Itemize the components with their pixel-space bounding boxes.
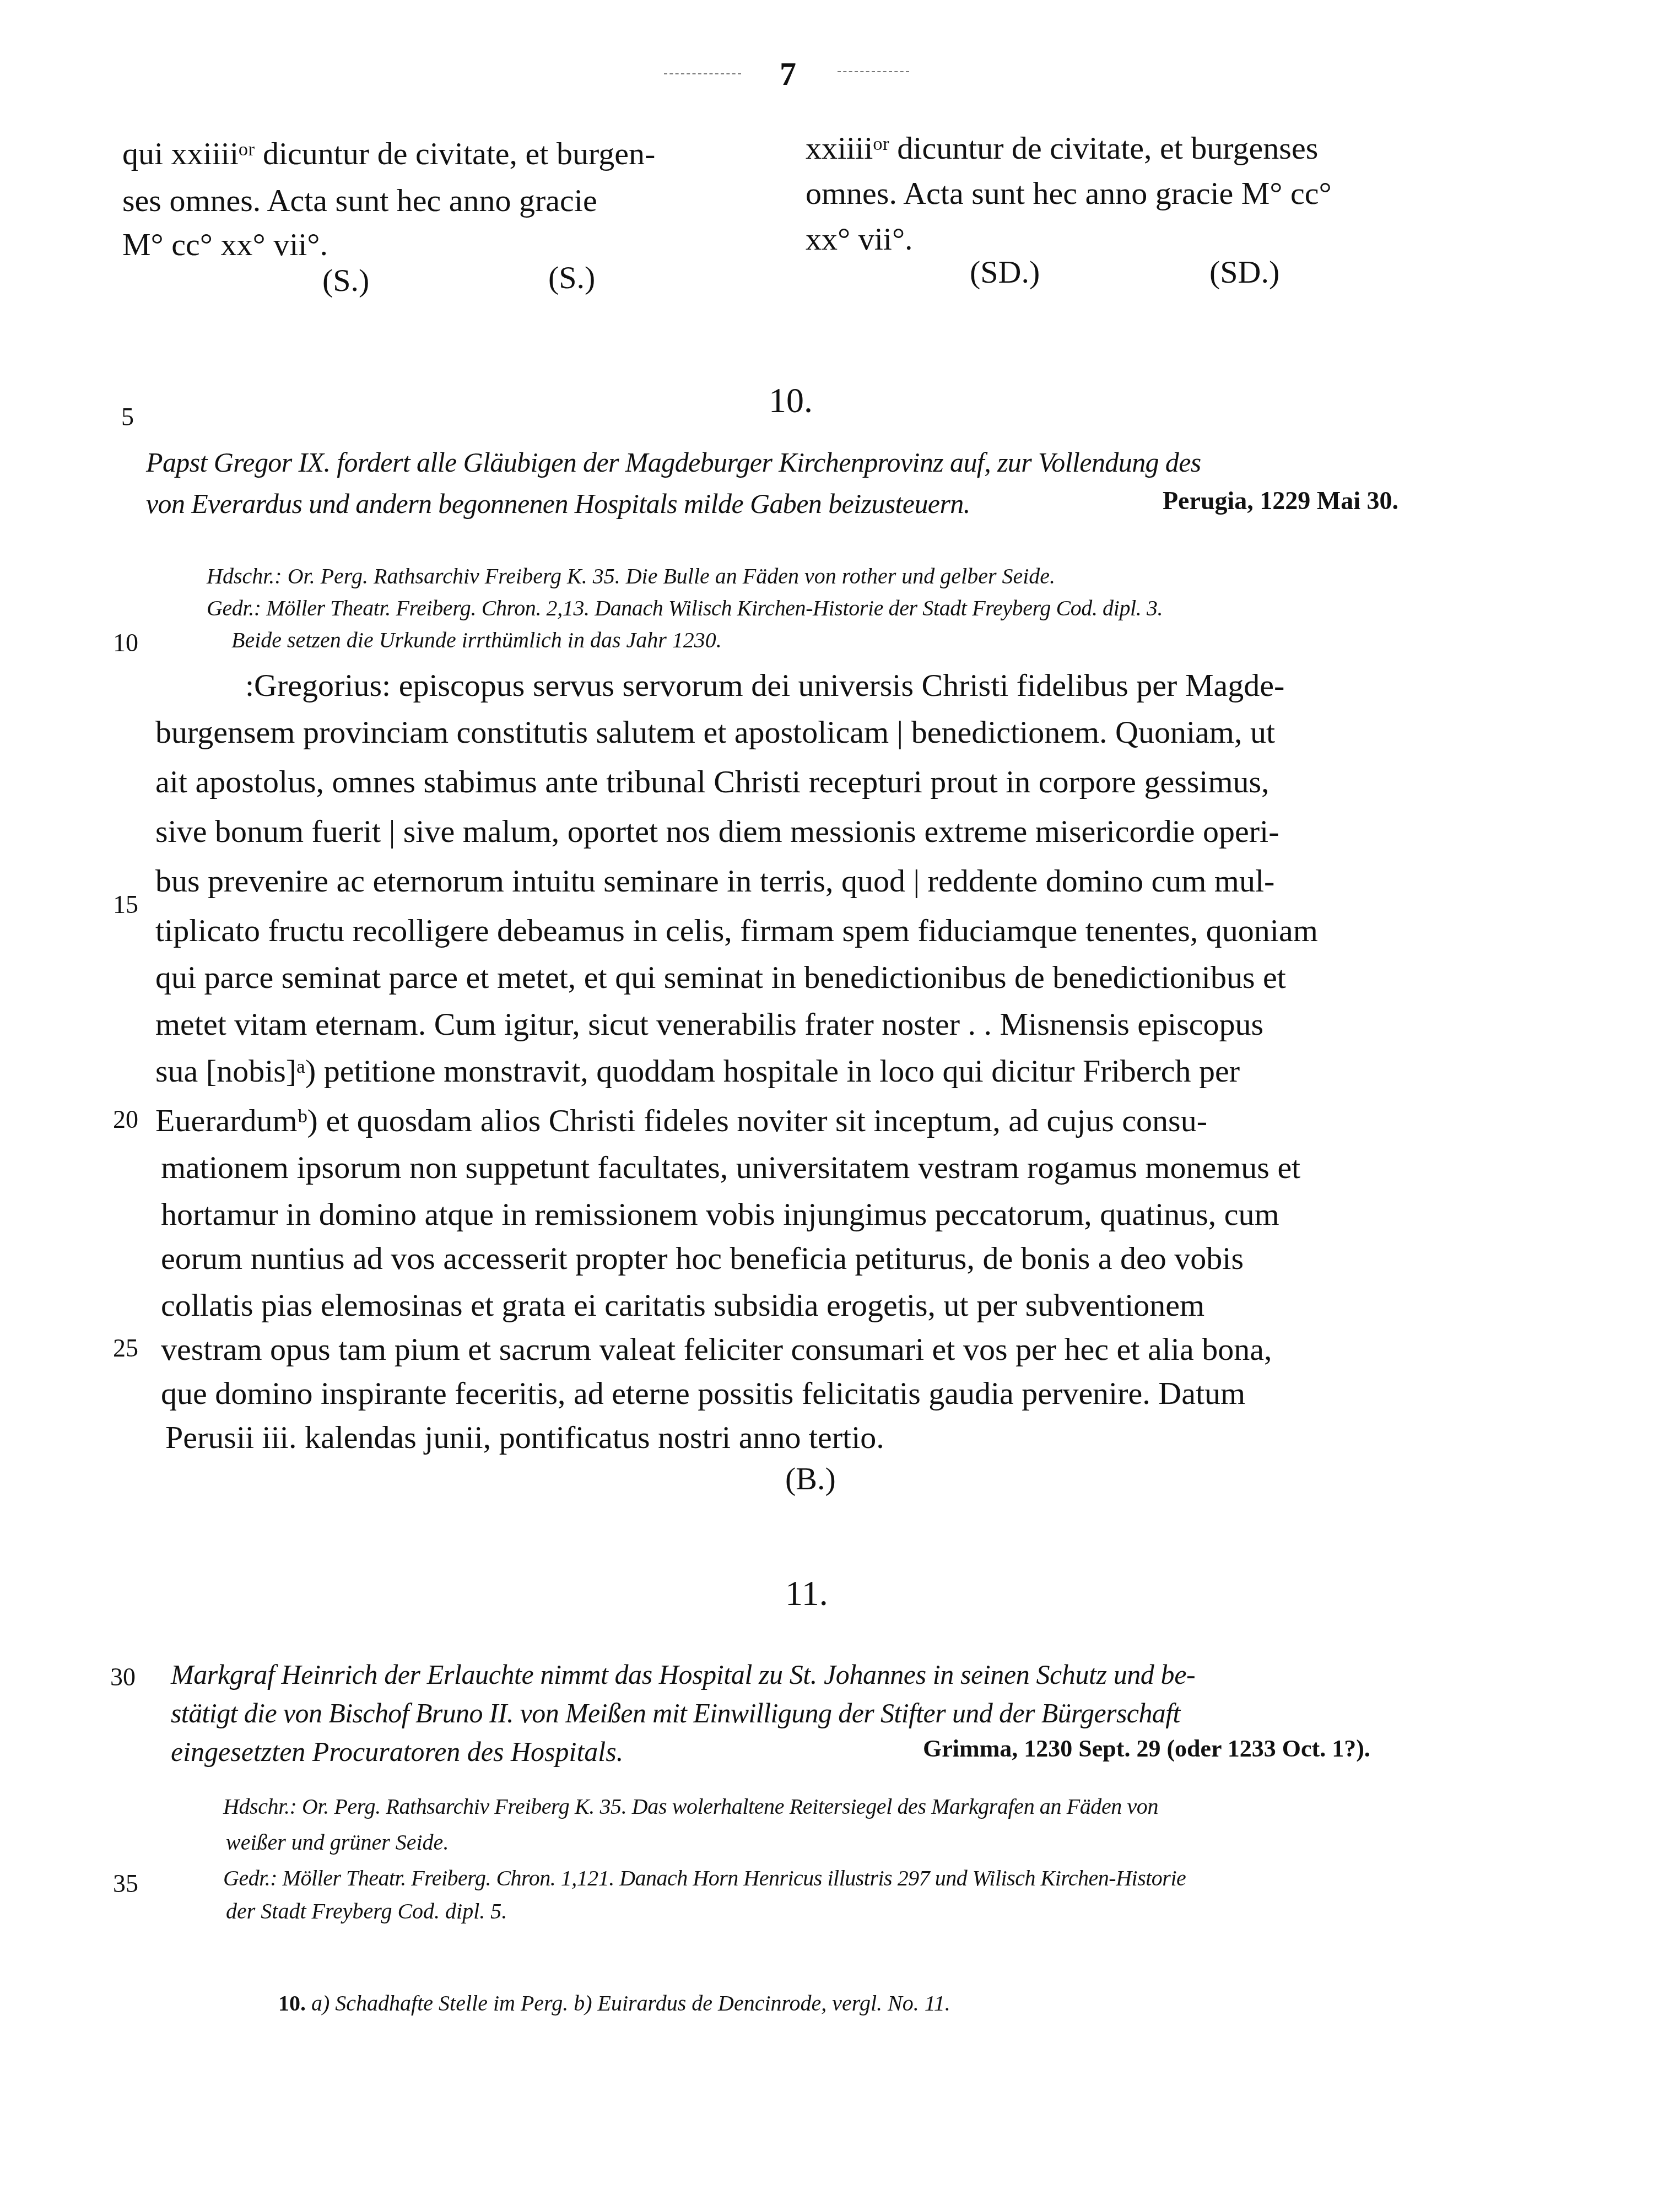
text-line: vestram opus tam pium et sacrum valeat f… (161, 1333, 1272, 1365)
text-line: hortamur in domino atque in remissionem … (161, 1198, 1279, 1230)
document-number: 11. (785, 1573, 828, 1614)
text-line: sive bonum fuerit | sive malum, oportet … (155, 815, 1279, 847)
place-date: Grimma, 1230 Sept. 29 (oder 1233 Oct. 1?… (923, 1735, 1370, 1763)
summary-line: eingesetzten Procuratoren des Hospitals. (171, 1736, 623, 1768)
text-line: :Gregorius: episcopus servus servorum de… (245, 669, 1284, 701)
summary-line: Markgraf Heinrich der Erlauchte nimmt da… (171, 1658, 1195, 1690)
apparatus-line: Gedr.: Möller Theatr. Freiberg. Chron. 2… (207, 595, 1163, 621)
seal-mark: (SD.) (970, 256, 1040, 288)
apparatus-line: Gedr.: Möller Theatr. Freiberg. Chron. 1… (223, 1865, 1186, 1891)
text-line: ait apostolus, omnes stabimus ante tribu… (155, 766, 1270, 798)
footnote: 10. a) Schadhafte Stelle im Perg. b) Eui… (278, 1990, 950, 2016)
line-number: 20 (113, 1105, 138, 1134)
apparatus-line: Beide setzen die Urkunde irrthümlich in … (231, 627, 722, 653)
line-number: 15 (113, 890, 138, 919)
page-number: 7 (780, 55, 796, 93)
apparatus-line: Hdschr.: Or. Perg. Rathsarchiv Freiberg … (207, 563, 1055, 589)
header-rule-left (664, 73, 741, 74)
text-line: collatis pias elemosinas et grata ei car… (161, 1289, 1204, 1321)
text-line: bus prevenire ac eternorum intuitu semin… (155, 865, 1274, 897)
line-number: 30 (110, 1662, 136, 1692)
seal-mark: (S.) (322, 264, 369, 296)
document-number: 10. (769, 380, 813, 421)
place-date: Perugia, 1229 Mai 30. (1163, 486, 1398, 515)
text-line: burgensem provinciam constitutis salutem… (155, 716, 1275, 748)
text-line: omnes. Acta sunt hec anno gracie M° cc° (806, 177, 1332, 209)
seal-mark: (S.) (548, 262, 595, 294)
text-line: eorum nuntius ad vos accesserit propter … (161, 1242, 1244, 1274)
text-line: mationem ipsorum non suppetunt facultate… (161, 1152, 1300, 1184)
text-line: qui parce seminat parce et metet, et qui… (155, 961, 1286, 993)
line-number: 10 (113, 628, 138, 657)
summary-line: Papst Gregor IX. fordert alle Gläubigen … (146, 446, 1430, 478)
line-number: 5 (121, 402, 134, 431)
text-line: que domino inspirante feceritis, ad eter… (161, 1377, 1245, 1409)
footnote-text: a) Schadhafte Stelle im Perg. b) Euirard… (311, 1991, 950, 2016)
line-number: 35 (113, 1869, 138, 1898)
text-line: Euerardumᵇ) et quosdam alios Christi fid… (155, 1105, 1207, 1137)
seal-mark: (SD.) (1209, 256, 1279, 288)
text-line: metet vitam eternam. Cum igitur, sicut v… (155, 1008, 1263, 1040)
text-line: sua [nobis]ᵃ) petitione monstravit, quod… (155, 1055, 1240, 1087)
text-line: Perusii iii. kalendas junii, pontificatu… (165, 1422, 884, 1453)
apparatus-line: Hdschr.: Or. Perg. Rathsarchiv Freiberg … (223, 1793, 1158, 1819)
text-line: qui xxiiiiᵒʳ dicuntur de civitate, et bu… (122, 138, 770, 170)
text-line: xx° vii°. (806, 223, 913, 255)
header-rule-right (838, 71, 909, 72)
seal-mark: (B.) (785, 1463, 836, 1495)
apparatus-line: weißer und grüner Seide. (226, 1829, 449, 1855)
text-line: M° cc° xx° vii°. (122, 229, 328, 261)
text-line: xxiiiiᵒʳ dicuntur de civitate, et burgen… (806, 132, 1318, 164)
text-line: tiplicato fructu recolligere debeamus in… (155, 915, 1318, 947)
text-line: ses omnes. Acta sunt hec anno gracie (122, 185, 597, 217)
summary-line: von Everardus und andern begonnenen Hosp… (146, 488, 970, 520)
summary-line: stätigt die von Bischof Bruno II. von Me… (171, 1697, 1180, 1729)
footnote-ref: 10. (278, 1991, 306, 2016)
apparatus-line: der Stadt Freyberg Cod. dipl. 5. (226, 1898, 507, 1924)
line-number: 25 (113, 1333, 138, 1363)
